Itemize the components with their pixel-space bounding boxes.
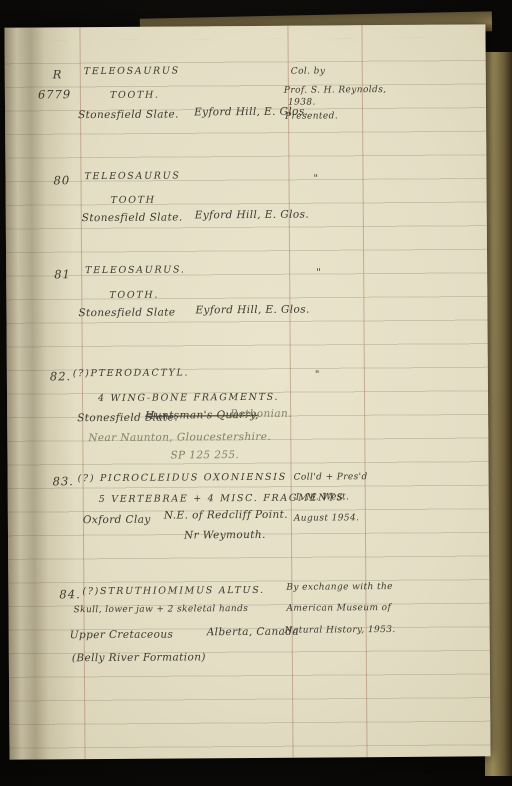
specimen-desc: TOOTH. bbox=[110, 90, 160, 101]
register-page: R 6779 TELEOSAURUS TOOTH. Stonesfield Sl… bbox=[4, 24, 490, 759]
taxon-name: (?)PTERODACTYL. bbox=[73, 367, 189, 379]
taxon-name: (?)STRUTHIOMIMUS ALTUS. bbox=[82, 585, 265, 597]
photograph-background: R 6779 TELEOSAURUS TOOTH. Stonesfield Sl… bbox=[0, 0, 512, 786]
specimen-desc: TOOTH bbox=[111, 195, 156, 206]
specimen-desc: TOOTH. bbox=[109, 290, 159, 301]
horizon: Oxford Clay bbox=[83, 514, 151, 526]
acquisition-note: Prof. S. H. Reynolds, bbox=[284, 85, 387, 96]
taxon-name: (?) PICROCLEIDUS OXONIENSIS bbox=[78, 472, 287, 484]
grid-reference: SP 125 255. bbox=[170, 449, 239, 461]
specimen-desc: 4 WING-BONE FRAGMENTS. bbox=[98, 392, 279, 404]
entry-number: 83. bbox=[53, 474, 74, 488]
taxon-name: TELEOSAURUS bbox=[84, 170, 180, 182]
ditto-mark: " bbox=[316, 267, 321, 278]
horizon: Stonesfield Slate. bbox=[82, 211, 183, 224]
locality: Eyford Hill, E. Glos. bbox=[195, 209, 309, 222]
acquisition-note: I. M. West. bbox=[296, 492, 350, 502]
acquisition-note: Coll'd + Pres'd bbox=[294, 472, 368, 483]
acquisition-note: 1938. bbox=[288, 98, 316, 108]
stratigraphic-age: Bathonian. bbox=[230, 408, 292, 420]
acquisition-note: American Museum of bbox=[286, 603, 391, 614]
acquisition-note: Natural History, 1953. bbox=[285, 625, 396, 636]
entry-number: 82. bbox=[50, 369, 71, 383]
entry-prefix: R bbox=[53, 67, 63, 81]
locality: N.E. of Redcliff Point. bbox=[164, 509, 288, 522]
entry-number: 84. bbox=[59, 587, 80, 601]
entry-number: 6779 bbox=[38, 87, 71, 101]
horizon: Stonesfield Slate. bbox=[78, 108, 179, 121]
locality: Eyford Hill, E. Glos. bbox=[195, 304, 309, 317]
horizon: Stonesfield Slate bbox=[78, 307, 175, 320]
acquisition-note: By exchange with the bbox=[286, 582, 393, 593]
ditto-mark: " bbox=[315, 369, 320, 380]
entry-number: 81 bbox=[54, 267, 71, 281]
locality: Near Naunton, Gloucestershire. bbox=[88, 431, 271, 444]
horizon: Upper Cretaceous bbox=[70, 629, 174, 642]
acquisition-note: August 1954. bbox=[294, 513, 360, 523]
taxon-name: TELEOSAURUS. bbox=[85, 264, 186, 276]
gutter-crease-shadow bbox=[4, 27, 79, 759]
acquisition-note: Col. by bbox=[291, 66, 326, 76]
taxon-name: TELEOSAURUS bbox=[84, 65, 180, 77]
ditto-mark: " bbox=[313, 174, 318, 185]
formation: (Belly River Formation) bbox=[72, 651, 206, 664]
entry-number: 80 bbox=[53, 173, 70, 187]
specimen-desc: Skull, lower jaw + 2 skeletal hands bbox=[73, 604, 248, 615]
locality-2: Nr Weymouth. bbox=[184, 529, 266, 542]
acquisition-note: Presented. bbox=[285, 111, 338, 121]
